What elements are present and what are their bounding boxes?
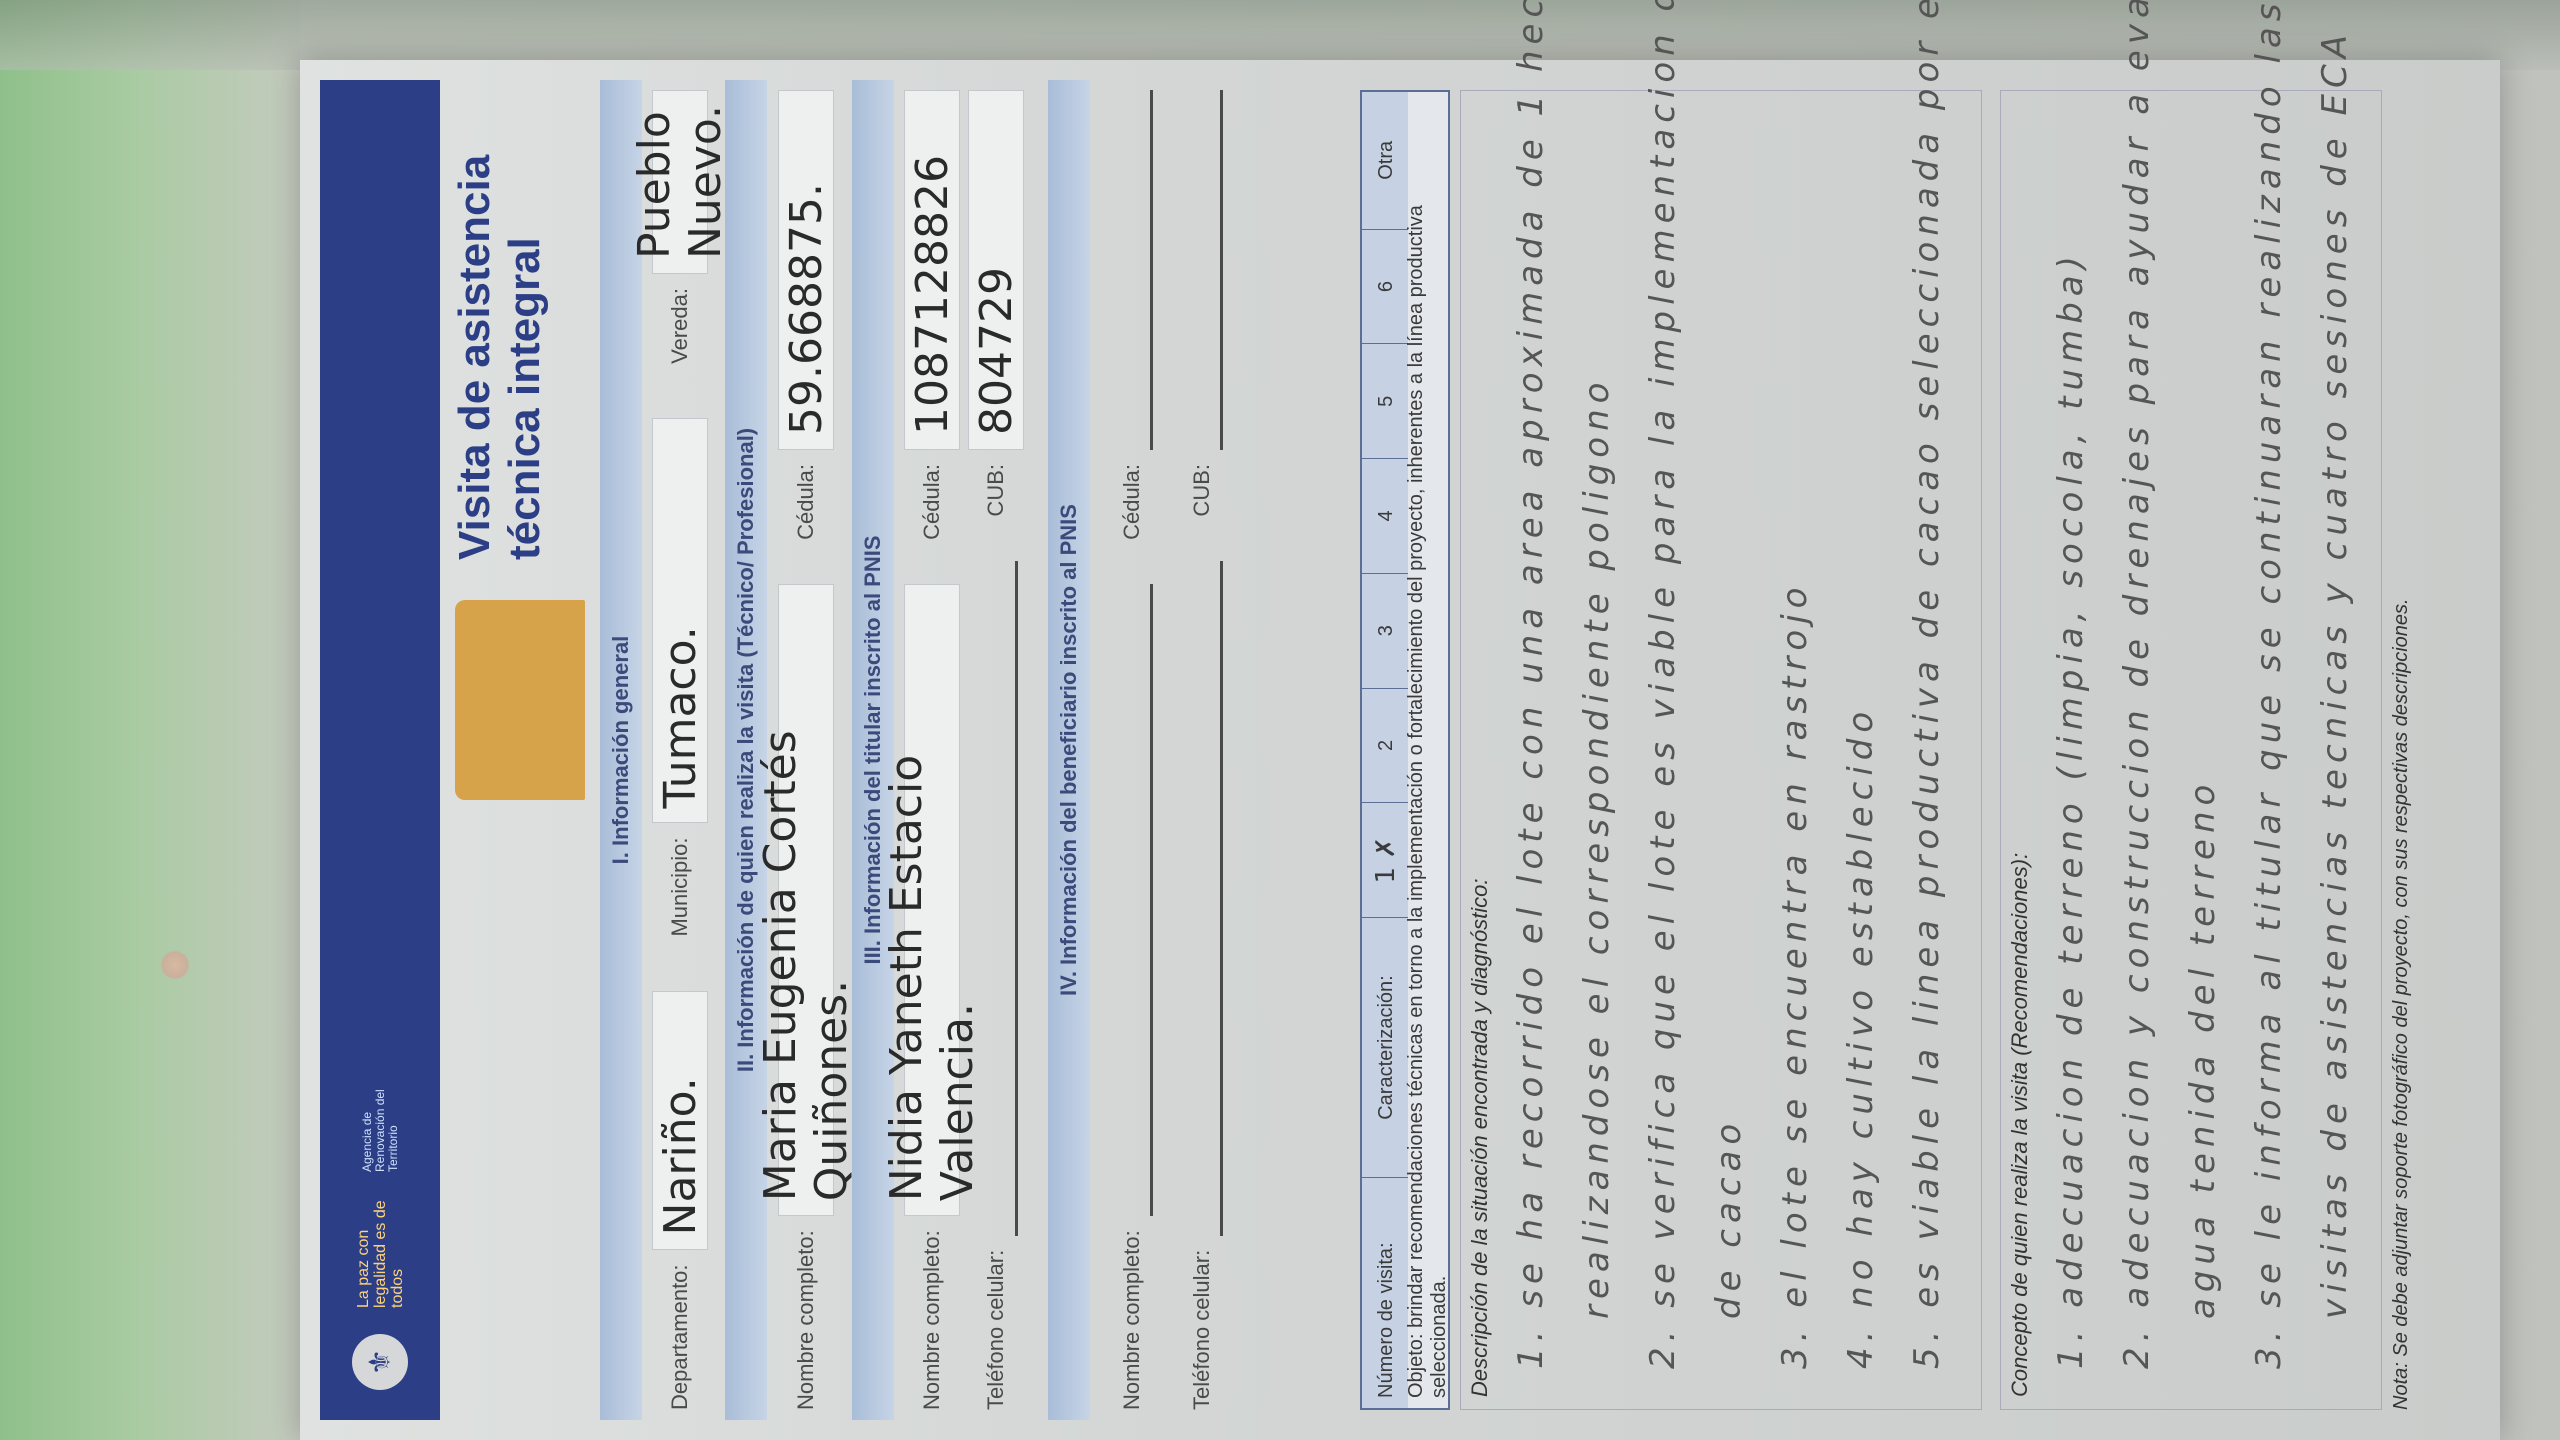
colombia-crest-icon: ⚜ (352, 1334, 408, 1390)
beneficiario-cedula-label: Cédula: (1119, 464, 1145, 540)
general-info-row: Departamento: Nariño. Municipio: Tumaco.… (652, 90, 708, 1410)
titular-row-2: Teléfono celular: CUB: 804729 (968, 90, 1024, 1410)
tecnico-nombre-value: Maria Eugenia Cortés Quiñones. (755, 599, 857, 1201)
visita-option-1[interactable]: 1 ✗ (1362, 803, 1410, 918)
visita-option-6[interactable]: 6 (1362, 230, 1410, 345)
titular-nombre-field[interactable]: Nidia Yaneth Estacio Valencia. (904, 584, 960, 1216)
concepto-line: 3. se le informa al titular que se conti… (2249, 0, 2289, 1369)
descripcion-line: realizandose el correspondiente poligono (1577, 377, 1617, 1319)
tecnico-cedula-value: 59.668875. (781, 183, 832, 435)
visita-option-5[interactable]: 5 (1362, 344, 1410, 459)
descripcion-title: Descripción de la situación encontrada y… (1467, 878, 1493, 1397)
beneficiario-cub-label: CUB: (1189, 464, 1215, 517)
beneficiario-row-1: Nombre completo: Cédula: (1110, 90, 1153, 1410)
wall-mark (160, 950, 190, 980)
form-page: ⚜ La paz con legalidad es de todos Agenc… (300, 60, 2500, 1440)
desk-surface (0, 0, 300, 1440)
titular-cedula-field[interactable]: 1087128826 (904, 90, 960, 450)
descripcion-line: 4. no hay cultivo establecido (1841, 706, 1881, 1369)
titular-cub-value: 804729 (971, 267, 1022, 435)
visita-option-4[interactable]: 4 (1362, 459, 1410, 574)
beneficiario-telefono-label: Teléfono celular: (1189, 1250, 1215, 1410)
vereda-value: Pueblo Nuevo. (629, 105, 731, 259)
tecnico-nombre-field[interactable]: Maria Eugenia Cortés Quiñones. (778, 584, 834, 1216)
titular-row-1: Nombre completo: Nidia Yaneth Estacio Va… (904, 90, 960, 1410)
municipio-field[interactable]: Tumaco. (652, 418, 708, 824)
foto-note: Nota: Se debe adjuntar soporte fotográfi… (2390, 598, 2413, 1410)
beneficiario-cub-field[interactable] (1180, 90, 1223, 450)
descripcion-line: 3. el lote se encuentra en rastrojo (1775, 582, 1815, 1369)
titular-cedula-label: Cédula: (919, 464, 945, 540)
descripcion-line: 1. se ha recorrido el lote con una area … (1511, 0, 1551, 1369)
descripcion-line: de cacao (1709, 1118, 1749, 1319)
concepto-line: 1. adecuacion de terreno (limpia, socola… (2051, 250, 2091, 1369)
departamento-value: Nariño. (655, 1077, 706, 1235)
beneficiario-nombre-field[interactable] (1110, 584, 1153, 1216)
beneficiario-nombre-label: Nombre completo: (1119, 1230, 1145, 1410)
beneficiario-telefono-field[interactable] (1180, 561, 1223, 1236)
beneficiario-cedula-field[interactable] (1110, 90, 1153, 450)
objeto-text: Objeto: brindar recomendaciones técnicas… (1408, 90, 1450, 1410)
departamento-field[interactable]: Nariño. (652, 991, 708, 1251)
titular-telefono-field[interactable] (975, 561, 1018, 1236)
header-agency: Agencia de Renovación del Territorio (361, 1062, 400, 1172)
municipio-label: Municipio: (667, 837, 693, 936)
descripcion-line: 2. se verifica que el lote es viable par… (1643, 0, 1683, 1369)
header-slogan: La paz con legalidad es de todos (355, 1198, 406, 1308)
visita-option-otra[interactable]: Otra (1362, 92, 1410, 230)
vereda-field[interactable]: Pueblo Nuevo. (652, 90, 708, 274)
form-title: Visita de asistencia técnica integral (450, 60, 550, 560)
municipio-value: Tumaco. (655, 626, 706, 808)
departamento-label: Departamento: (667, 1264, 693, 1410)
header-band: ⚜ La paz con legalidad es de todos Agenc… (320, 80, 440, 1420)
concepto-line: agua tenida del terreno (2183, 779, 2223, 1319)
gold-badge-logo (455, 600, 585, 800)
titular-cedula-value: 1087128826 (907, 155, 958, 435)
tecnico-nombre-label: Nombre completo: (793, 1230, 819, 1410)
visita-option-2[interactable]: 2 (1362, 689, 1410, 804)
numero-visita-label: Número de visita: (1362, 1178, 1410, 1408)
tecnico-cedula-field[interactable]: 59.668875. (778, 90, 834, 450)
titular-cub-field[interactable]: 804729 (968, 90, 1024, 450)
concepto-box[interactable]: Concepto de quien realiza la visita (Rec… (2000, 90, 2382, 1410)
vereda-label: Vereda: (667, 288, 693, 364)
visita-option-3[interactable]: 3 (1362, 574, 1410, 689)
tecnico-cedula-label: Cédula: (793, 464, 819, 540)
descripcion-box[interactable]: Descripción de la situación encontrada y… (1460, 90, 1982, 1410)
caracterizacion-label: Caracterización: (1362, 918, 1410, 1178)
descripcion-line: 5. es viable la linea productiva de caca… (1907, 0, 1947, 1369)
section-general-title: I. Información general (600, 80, 642, 1420)
concepto-line: visitas de asistencias tecnicas y cuatro… (2315, 29, 2355, 1319)
tecnico-row: Nombre completo: Maria Eugenia Cortés Qu… (778, 90, 834, 1410)
titular-telefono-label: Teléfono celular: (983, 1250, 1009, 1410)
beneficiario-row-2: Teléfono celular: CUB: (1180, 90, 1223, 1410)
section-beneficiario-title: IV. Información del beneficiario inscrit… (1048, 80, 1090, 1420)
titular-nombre-label: Nombre completo: (919, 1230, 945, 1410)
concepto-line: 2. adecuacion y construccion de drenajes… (2117, 0, 2157, 1369)
titular-cub-label: CUB: (983, 464, 1009, 517)
concepto-title: Concepto de quien realiza la visita (Rec… (2007, 853, 2033, 1397)
